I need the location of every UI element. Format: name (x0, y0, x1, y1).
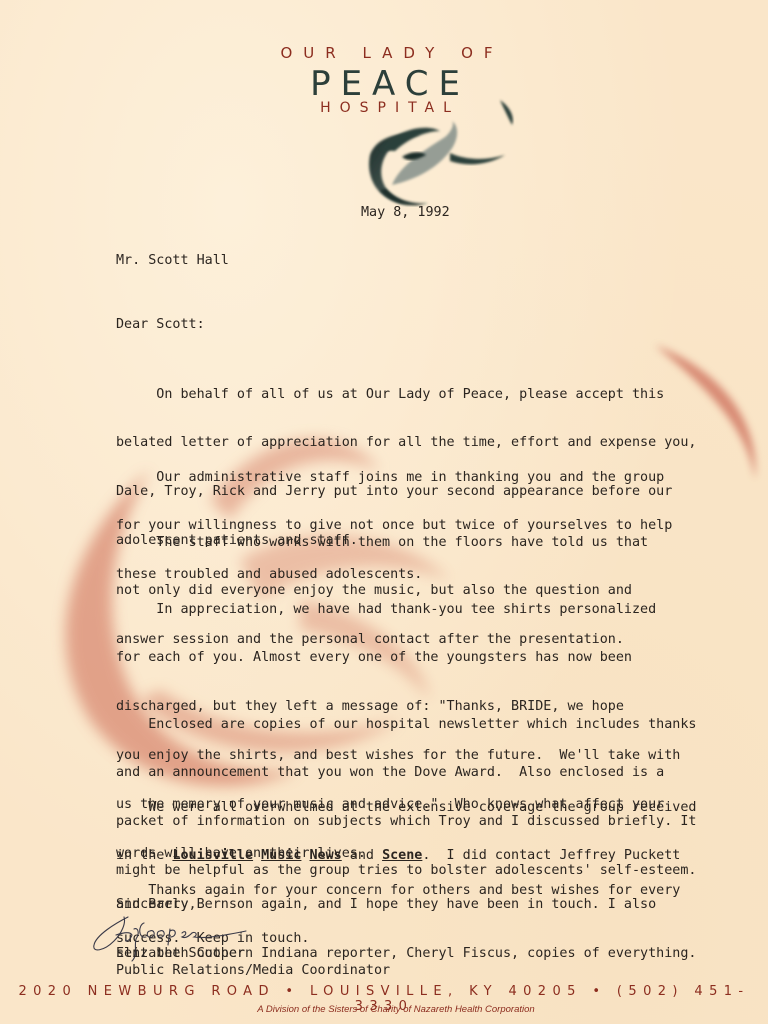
paragraph-line: In appreciation, we have had thank-you t… (116, 602, 680, 618)
signer-name: Elizabeth Cooper (116, 946, 245, 962)
salutation: Dear Scott: (116, 317, 205, 333)
letter-date: May 8, 1992 (361, 205, 450, 221)
paragraph-line: Enclosed are copies of our hospital news… (116, 717, 696, 733)
dove-icon (340, 95, 520, 215)
paragraph-line: The staff who works with them on the flo… (116, 535, 648, 551)
paragraph-line: We were all overwhelmed at the extensive… (116, 800, 696, 816)
signer-title: Public Relations/Media Coordinator (116, 963, 390, 979)
recipient-name: Mr. Scott Hall (116, 253, 229, 269)
paragraph-line: Thanks again for your concern for others… (116, 883, 680, 899)
paragraph-line: for each of you. Almost every one of the… (116, 650, 680, 666)
paragraph-line: Our administrative staff joins me in tha… (116, 470, 672, 486)
footer-division: A Division of the Sisters of Charity of … (0, 1004, 768, 1015)
letterhead-line1: OUR LADY OF (0, 44, 768, 62)
paragraph-line: On behalf of all of us at Our Lady of Pe… (116, 387, 696, 403)
